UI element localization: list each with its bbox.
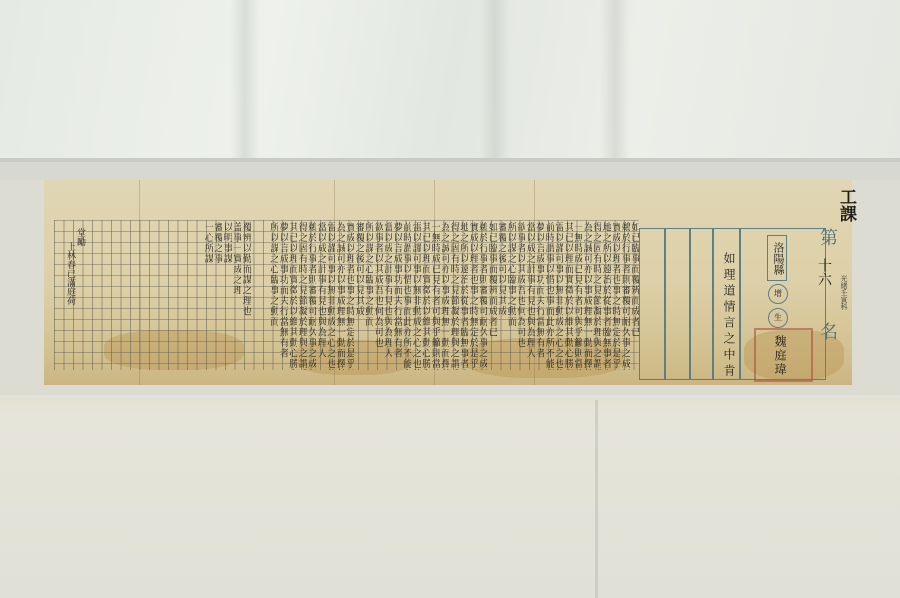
- text-column: 為之誠可亦以事成理無一動而擇其事: [582, 222, 592, 370]
- text-column: 其已以理而實徵於以維其動心勝者: [421, 222, 431, 370]
- text-column: 所以謀之心臨事之動而: [269, 222, 279, 370]
- text-column: 地之所以遠治於從事者臨無事者人以小心: [459, 222, 469, 370]
- essay-body: 如已臨事而覆辨而成者已 鵜於行事者則審覆可耐久事之成以謀而 實成以理者也事之時無…: [139, 222, 639, 370]
- rank-suffix: 名: [814, 322, 840, 340]
- text-column: 鵜於行事者則審覆可耐久事之成以謀而: [478, 222, 488, 370]
- text-column: 審覆之後可以見其成: [354, 222, 364, 370]
- cover-page: 如理道情言之中肯 工課 第 十六 名 洛陽縣 增 生 魏庭瑋 光緒壬寅科: [634, 180, 852, 385]
- text-column: 欲事者以其成吾也何為可也: [373, 222, 383, 370]
- text-column: 為之誠可亦以事成理無一動而擇其事: [335, 222, 345, 370]
- frame-line: [739, 228, 741, 380]
- margin-note: 上林春已滿庭荷: [64, 242, 77, 305]
- mounting-strip: [0, 162, 900, 180]
- text-column: 雷以謹可事以無非動成之心之也能: [326, 222, 336, 370]
- frame-line: [664, 228, 666, 380]
- text-column: 鵜於行事者則審覆可耐久事之成以謀而: [307, 222, 317, 370]
- county-box: 洛陽縣: [767, 235, 787, 281]
- text-column: 當以成之計事有見也與為理人: [525, 222, 535, 370]
- top-backdrop-paper: [0, 0, 900, 160]
- category-label: 工課: [834, 188, 859, 222]
- text-column: 得之固有時之見節凝於理與之謂成事以謀: [297, 222, 307, 370]
- rank-prefix: 第: [814, 228, 840, 246]
- paper-crease: [600, 0, 630, 160]
- text-column: 夢以言成事功而夫行當無有者: [535, 222, 545, 370]
- text-column: 實成以理者也事之時無定於是乎且揆論之理見: [468, 222, 478, 370]
- text-column: 所以謀之心臨事之動而: [364, 222, 374, 370]
- text-column: 前時謂事以惜也事而此亦所不能者: [402, 222, 412, 370]
- frame-line: [689, 228, 691, 380]
- rank-number: 十六: [814, 258, 834, 286]
- text-column: 如已臨事而覆辨而成者已: [487, 222, 497, 370]
- paper-crease: [480, 0, 510, 160]
- status-circle: 增: [768, 284, 788, 304]
- text-column: 以明事謀: [222, 222, 232, 370]
- paper-crease: [595, 400, 598, 598]
- status-circle: 生: [768, 308, 788, 328]
- bottom-backdrop-paper: [0, 398, 900, 598]
- text-column: 審覆之後可以見其成: [497, 222, 507, 370]
- text-column: 一無時成已見有者可與乎籲則當時顧其可知: [573, 222, 583, 370]
- text-column: 實成以理者也事之時無定於是乎且揆論之理見: [611, 222, 621, 370]
- text-column: 欲事者以其成吾也何為可也: [516, 222, 526, 370]
- text-column: 一心所謀: [203, 222, 213, 370]
- text-column: 覆辨以勤而謀之理也: [241, 222, 251, 370]
- text-column: 前時謂事以惜也事而此亦所不能者: [544, 222, 554, 370]
- text-column: 其已以理而實徵於以維其動心勝者: [563, 222, 573, 370]
- text-column-gap: [251, 222, 269, 370]
- frame-line: [712, 228, 714, 380]
- exam-scroll: 堂勵 上林春已滿庭荷 如已臨事而覆辨而成者已 鵜於行事者則審覆可耐久事之成以謀而…: [44, 180, 852, 385]
- text-column: 鵜於行事者則審覆可耐久事之成以謀而: [620, 222, 630, 370]
- text-column: 地之所以遠治於從事者臨無事者人以小心: [601, 222, 611, 370]
- text-column: 其已以理而實徵於以維其動心勝者: [288, 222, 298, 370]
- text-column: 實成以理者也事之時無定於是乎且揆論之理見: [345, 222, 355, 370]
- text-column: 夢以言成事功而夫行當無有者: [278, 222, 288, 370]
- text-column: 盖事一實成之理: [232, 222, 242, 370]
- text-column: 夢以言成事功而夫行當無有者: [392, 222, 402, 370]
- text-column: 當以成之計事有見也與為理人: [316, 222, 326, 370]
- text-column: 雷以謹可事以無非動成之心之也能: [411, 222, 421, 370]
- text-column: 為之誠可亦以事成理無一動而擇其事: [440, 222, 450, 370]
- text-column: 得之固有時之見節凝於理與之謂成事以謀: [449, 222, 459, 370]
- text-column: 審覆之事: [213, 222, 223, 370]
- text-column: 一無時成已見有者可與乎籲則當時顧其可知: [430, 222, 440, 370]
- candidate-name: 魏庭瑋: [772, 335, 789, 377]
- text-column: 雷以謹可事以無非動成之心之也能: [554, 222, 564, 370]
- text-column: 所以謀之心臨事之動而: [506, 222, 516, 370]
- essay-title: 如理道情言之中肯: [722, 252, 736, 380]
- side-note: 光緒壬寅科: [839, 275, 849, 310]
- text-column: 當以成之計事有見也與為理人: [383, 222, 393, 370]
- text-column: 得之固有時之見節凝於理與之謂成事以謀: [592, 222, 602, 370]
- paper-crease: [230, 0, 260, 160]
